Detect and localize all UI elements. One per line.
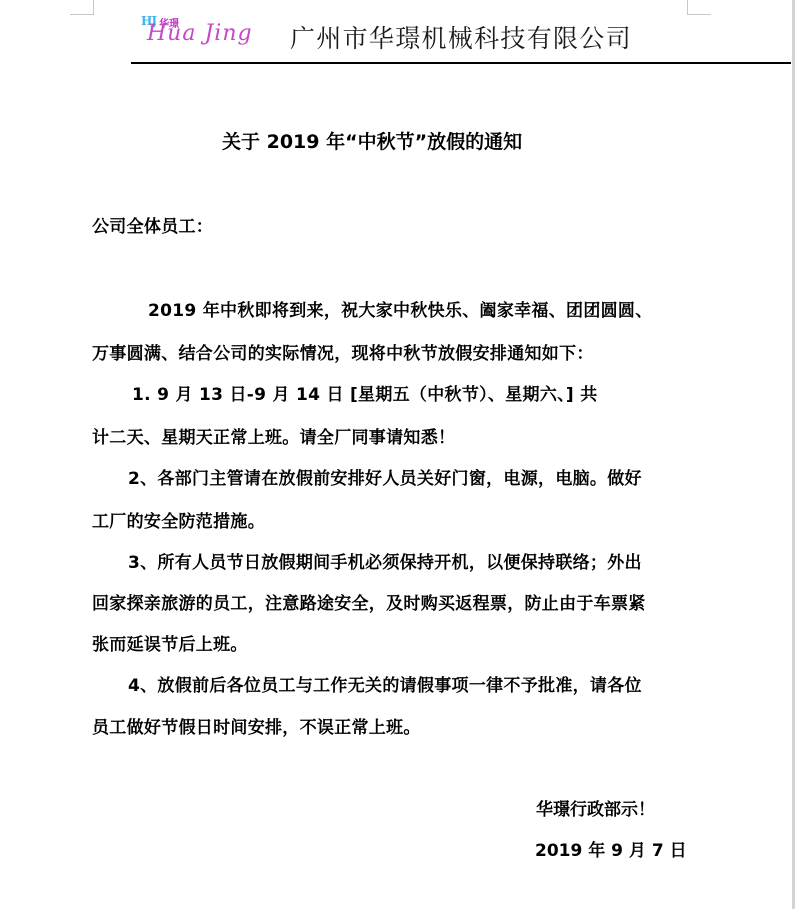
salutation: 公司全体员工： xyxy=(92,212,213,237)
item-3-line-2: 回家探亲旅游的员工，注意路途安全，及时购买返程票，防止由于车票紧 xyxy=(92,589,646,614)
logo-script-text: Hua Jing xyxy=(147,21,253,46)
document-page: HJ 华璟 Hua Jing 广州市华璟机械科技有限公司 关于 2019 年“中… xyxy=(0,0,792,909)
header-divider xyxy=(131,62,791,64)
item-1-line-1: 1. 9 月 13 日-9 月 14 日 [星期五（中秋节）、星期六、] 共 xyxy=(132,380,598,405)
intro-line-1: 2019 年中秋即将到来，祝大家中秋快乐、阖家幸福、团团圆圆、 xyxy=(148,296,653,321)
crop-mark-top-right xyxy=(687,0,711,15)
company-logo: HJ 华璟 Hua Jing xyxy=(137,13,257,49)
intro-line-2: 万事圆满、结合公司的实际情况，现将中秋节放假安排通知如下： xyxy=(92,339,594,364)
company-name: 广州市华璟机械科技有限公司 xyxy=(290,19,632,55)
item-3-line-1: 3、所有人员节日放假期间手机必须保持开机，以便保持联络；外出 xyxy=(128,548,642,573)
item-4-line-1: 4、放假前后各位员工与工作无关的请假事项一律不予批准，请各位 xyxy=(128,671,642,696)
notice-title: 关于 2019 年“中秋节”放假的通知 xyxy=(222,127,522,154)
item-2-line-1: 2、各部门主管请在放假前安排好人员关好门窗，电源，电脑。做好 xyxy=(128,464,642,489)
item-2-line-2: 工厂的安全防范措施。 xyxy=(92,507,265,532)
item-3-line-3: 张而延误节后上班。 xyxy=(92,630,248,655)
item-1-line-2: 计二天、星期天正常上班。请全厂同事请知悉！ xyxy=(92,423,455,448)
notice-date: 2019 年 9 月 7 日 xyxy=(535,836,687,861)
signature: 华璟行政部示！ xyxy=(536,795,655,820)
item-4-line-2: 员工做好节假日时间安排，不误正常上班。 xyxy=(92,713,421,738)
crop-mark-top-left xyxy=(70,0,94,15)
